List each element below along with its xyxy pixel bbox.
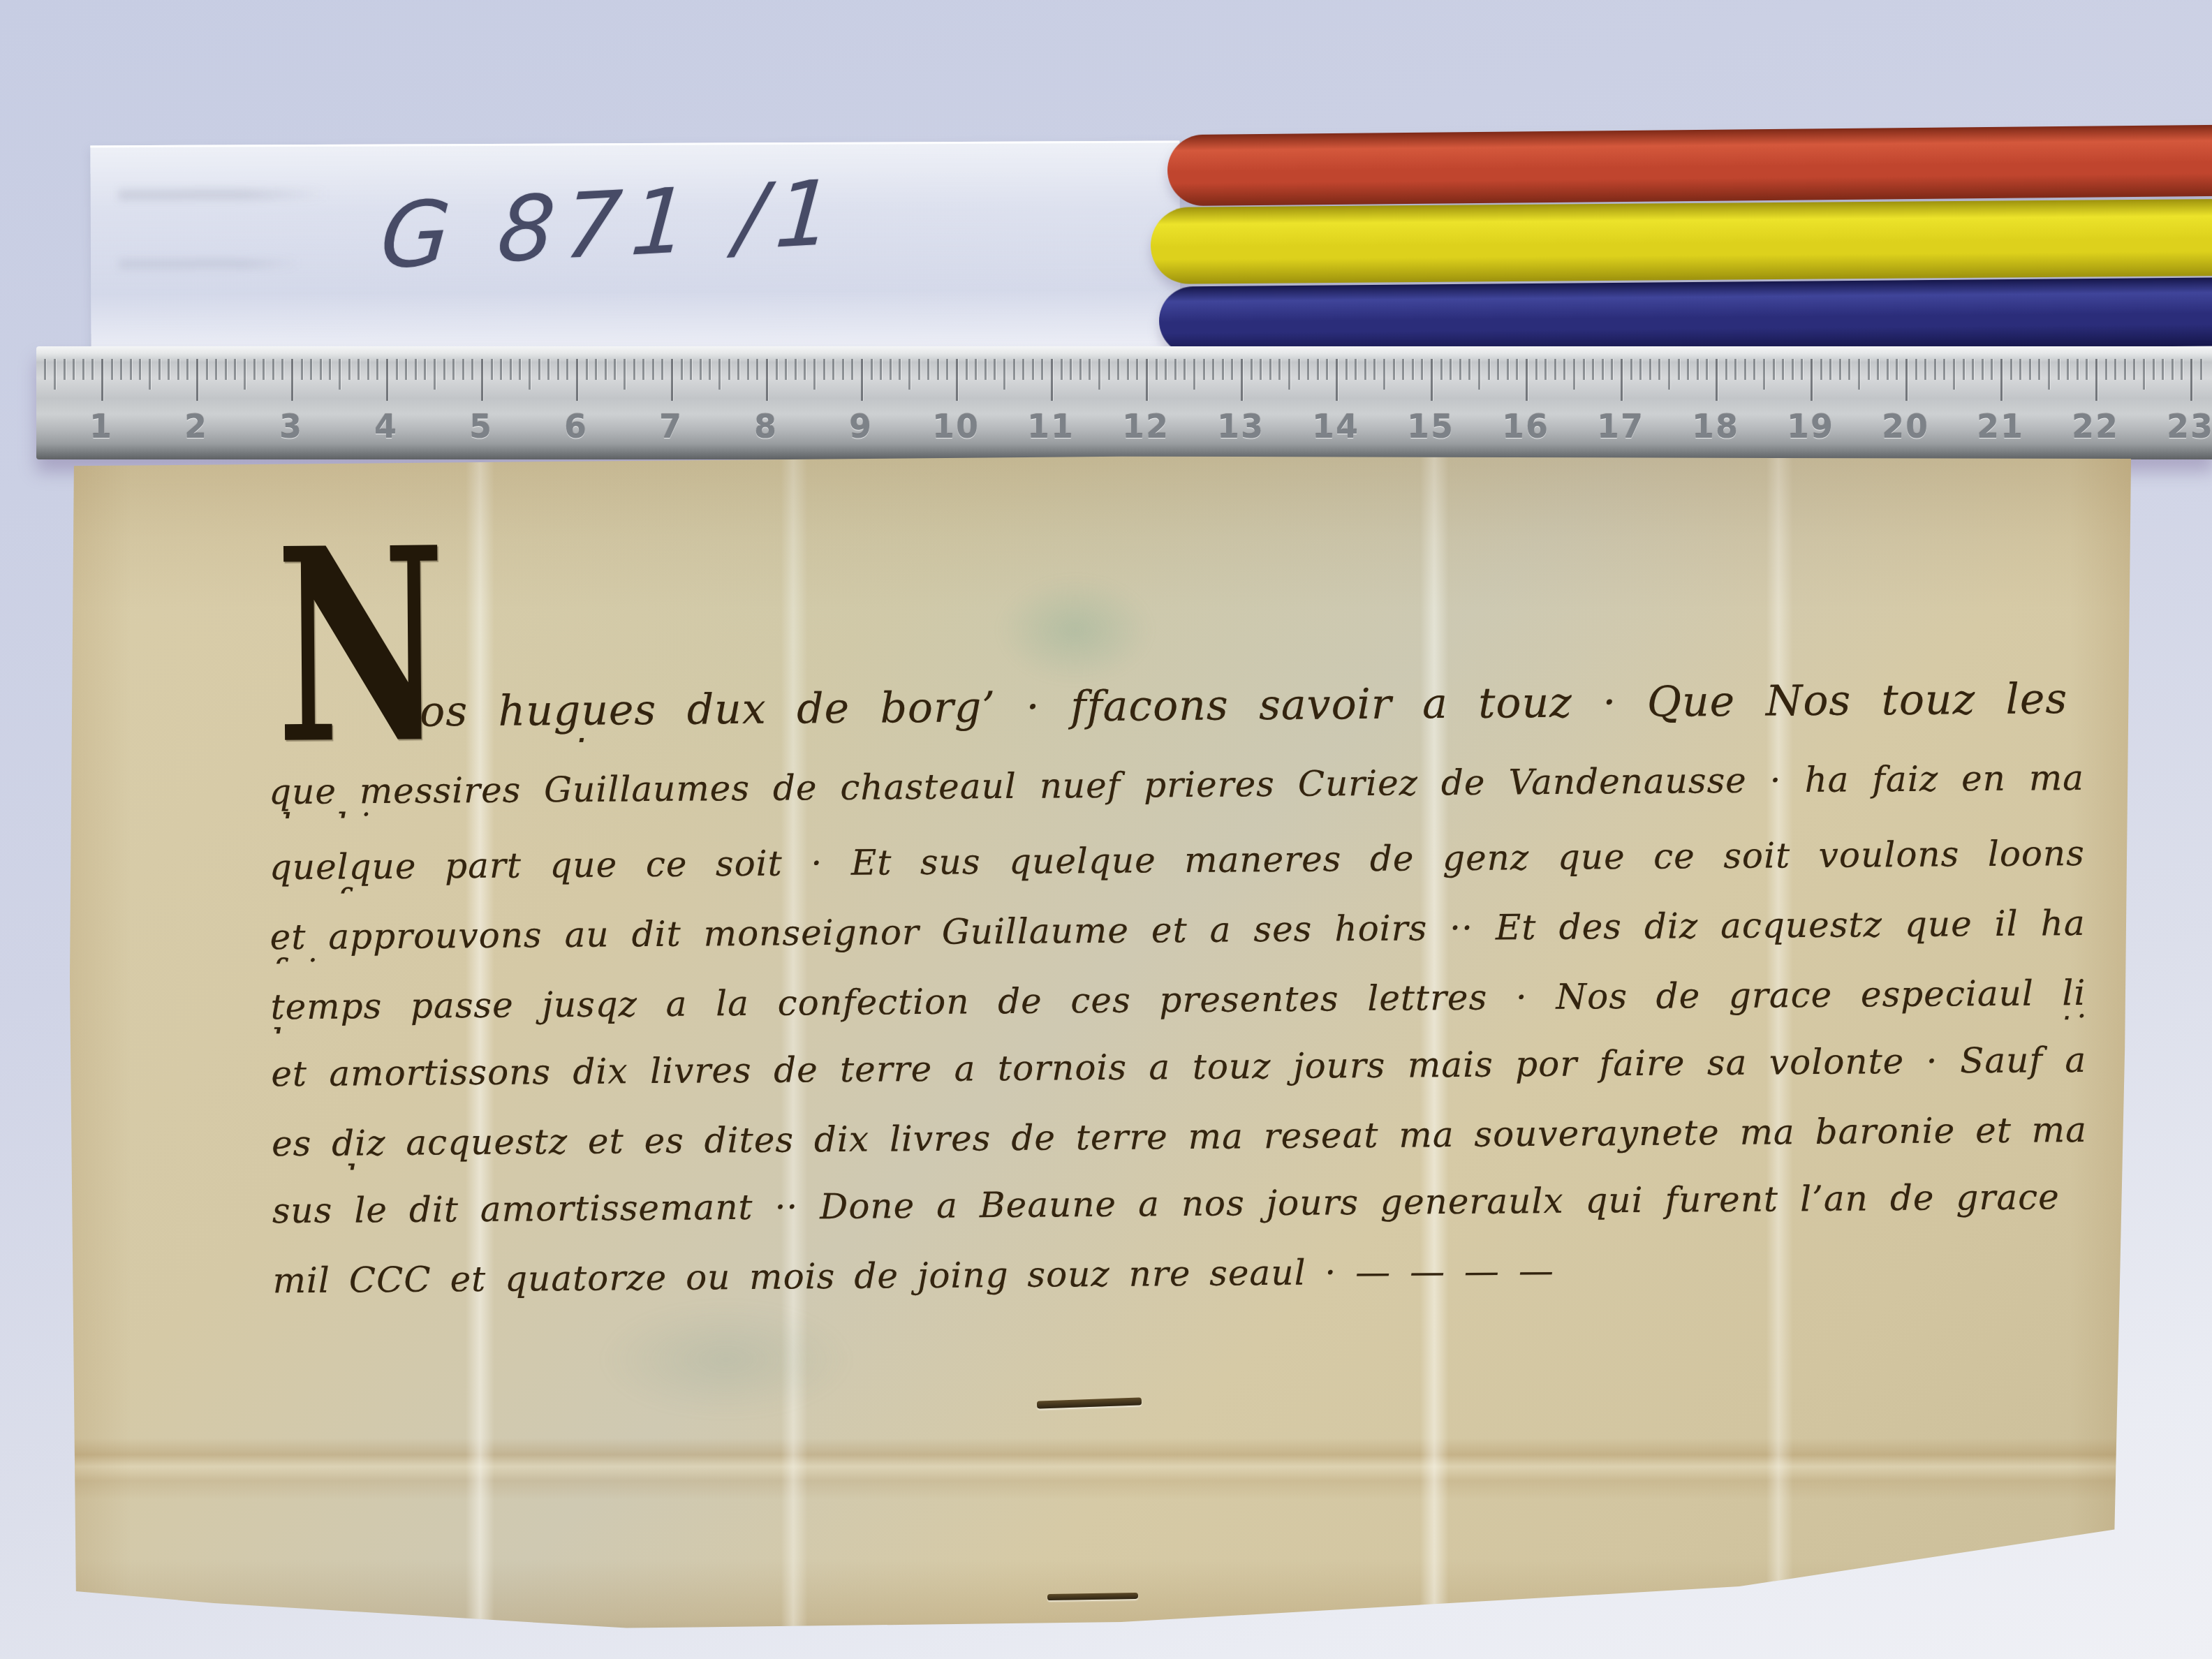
ruler-number: 13 [1217,408,1264,445]
ruler-number: 11 [1027,408,1075,445]
manuscript-line: temps passe jusqz a la confection de ces… [270,975,2086,1033]
ruler-number: 9 [849,408,873,445]
photo-stage: G 871 /1 1234567891011121314151617181920… [0,0,2212,1659]
yellow-pencil [1151,199,2212,284]
ruler-number: 22 [2072,408,2119,445]
ruler-number: 1 [89,408,113,445]
ruler-number: 23 [2167,408,2212,445]
manuscript-text-block: N os hugues dux de borg’ · ffacons savoi… [65,447,2135,1650]
ruler-number: 2 [184,408,208,445]
ruler: 1234567891011121314151617181920212223 [36,346,2212,459]
ruler-number: 6 [564,408,588,445]
manuscript-line: os hugues dux de borg’ · ffacons savoir … [420,678,2068,744]
manuscript-line: sus le dit amortissemant ·· Done a Beaun… [272,1179,2060,1237]
ruler-number: 12 [1122,408,1170,445]
manuscript-line: es diz acquestz et es dites dix livres d… [272,1112,2087,1170]
ruler-number: 20 [1882,408,1929,445]
ruler-ticks: 1234567891011121314151617181920212223 [36,346,2212,459]
manuscript-line: quelque part que ce soit · Et sus quelqu… [270,836,2085,894]
ruler-number: 8 [754,408,778,445]
blue-pencil [1159,277,2212,355]
ruler-number: 17 [1597,408,1644,445]
ruler-number: 4 [374,408,398,445]
ruler-number: 5 [469,408,493,445]
manuscript-line: et amortissons dix livres de terre a tor… [271,1042,2086,1100]
manuscript-line: mil CCC et quatorze ou mois de joing sou… [272,1253,1599,1306]
ruler-number: 19 [1787,408,1834,445]
ruler-number: 7 [659,408,683,445]
manuscript-line: et approuvons au dit monseignor Guillaum… [270,906,2086,964]
parchment-document: N os hugues dux de borg’ · ffacons savoi… [70,455,2131,1642]
ruler-number: 10 [932,408,980,445]
ruler-number: 21 [1977,408,2024,445]
ruler-number: 14 [1312,408,1359,445]
ruler-number: 3 [279,408,303,445]
manuscript-line: que messires Guillaumes de chasteaul nue… [269,760,2084,818]
ruler-number: 15 [1407,408,1454,445]
red-pencil [1167,125,2212,207]
ruler-number: 16 [1502,408,1549,445]
ruler-number: 18 [1692,408,1739,445]
